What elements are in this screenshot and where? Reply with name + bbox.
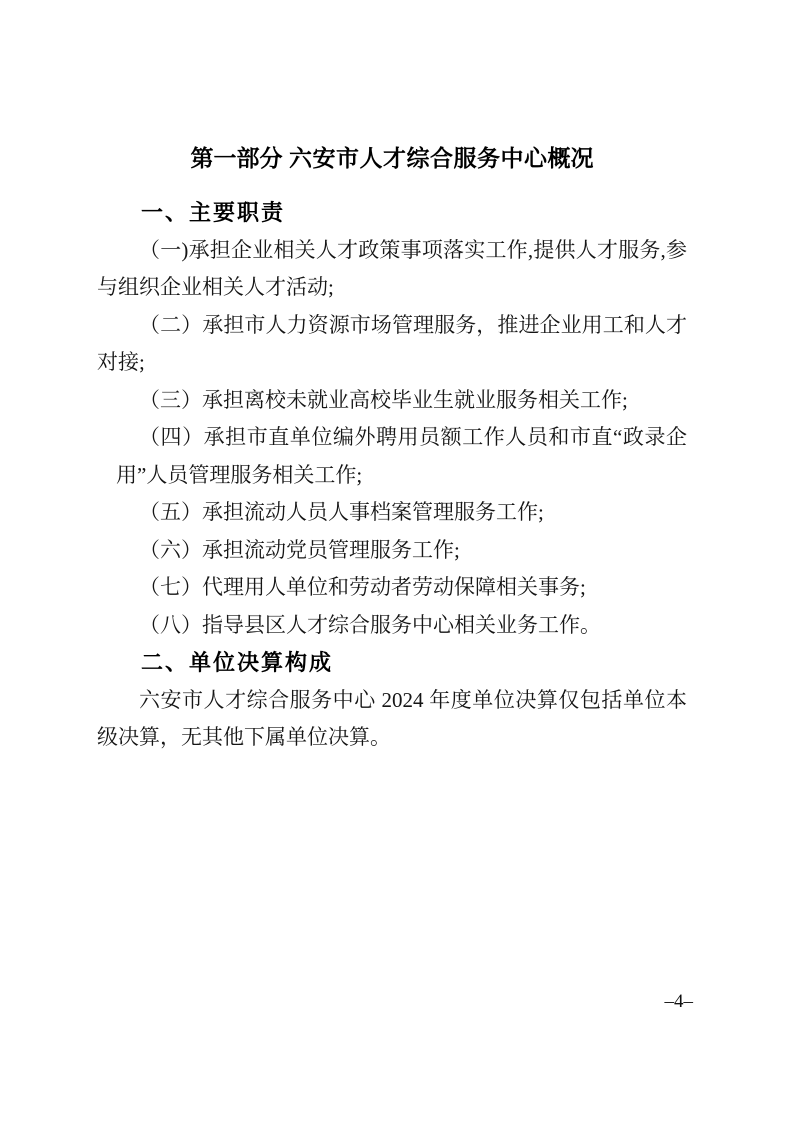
title-org-name: 六安市人才综合服务中心 <box>289 145 548 171</box>
duty-item-4: （四）承担市直单位编外聘用员额工作人员和市直“政录企用”人员管理服务相关工作; <box>97 419 687 494</box>
duty-item-3: （三）承担离校未就业高校毕业生就业服务相关工作; <box>97 382 687 420</box>
title-part-label: 第一部分 <box>191 145 289 171</box>
document-title: 第一部分 六安市人才综合服务中心概况 <box>97 140 687 176</box>
section-heading-main-duties: 一、主要职责 <box>97 194 687 232</box>
document-page: 第一部分 六安市人才综合服务中心概况 一、主要职责 （一)承担企业相关人才政策事… <box>0 0 793 1122</box>
document-body: 第一部分 六安市人才综合服务中心概况 一、主要职责 （一)承担企业相关人才政策事… <box>97 140 687 757</box>
duty-item-2: （二）承担市人力资源市场管理服务，推进企业用工和人才对接; <box>97 307 687 382</box>
budget-composition-paragraph: 六安市人才综合服务中心 2024 年度单位决算仅包括单位本级决算，无其他下属单位… <box>97 682 687 757</box>
duty-item-6: （六）承担流动党员管理服务工作; <box>97 532 687 570</box>
duty-item-7: （七）代理用人单位和劳动者劳动保障相关事务; <box>97 569 687 607</box>
section-heading-budget-composition: 二、单位决算构成 <box>97 644 687 682</box>
page-number: –4– <box>665 992 694 1012</box>
duty-item-1: （一)承担企业相关人才政策事项落实工作,提供人才服务,参与组织企业相关人才活动; <box>97 232 687 307</box>
title-suffix: 概况 <box>547 145 593 171</box>
duty-item-8: （八）指导县区人才综合服务中心相关业务工作。 <box>97 607 687 645</box>
duty-item-5: （五）承担流动人员人事档案管理服务工作; <box>97 494 687 532</box>
